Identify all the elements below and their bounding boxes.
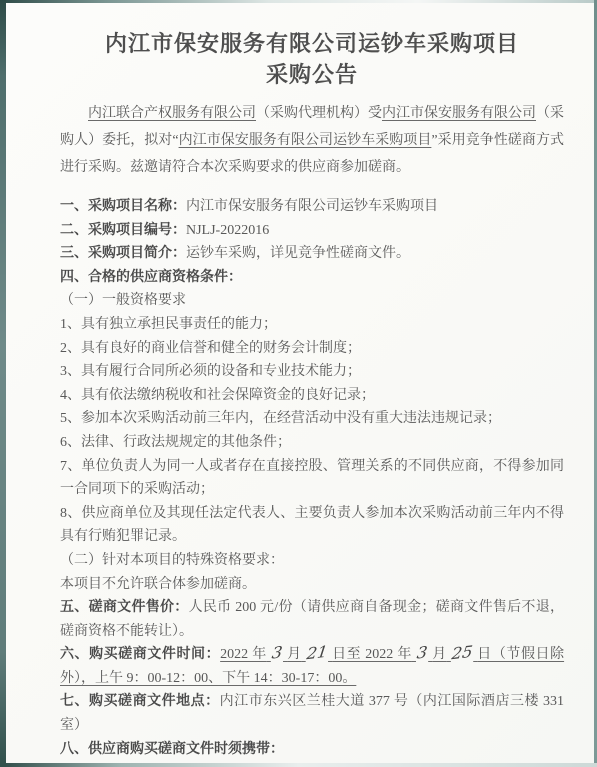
section-label: 八、供应商购买磋商文件时须携带： bbox=[60, 742, 284, 757]
section-value: 内江市保安服务有限公司运钞车采购项目 bbox=[186, 199, 438, 214]
requirement-item: 6、法律、行政法规规定的其他条件； bbox=[60, 431, 564, 455]
handwritten-day-end: 25 bbox=[450, 645, 475, 662]
section-value: NJLJ-2022016 bbox=[186, 223, 269, 238]
requirement-item: 8、供应商单位及其现任法定代表人、主要负责人参加本次采购活动前三年内不得具有行贿… bbox=[60, 502, 564, 549]
section-label: 六、购买磋商文件时间： bbox=[60, 647, 220, 662]
section-supplier-qualifications: 四、合格的供应商资格条件： bbox=[60, 266, 564, 290]
document-content: 内江市保安服务有限公司运钞车采购项目 采购公告 内江联合产权服务有限公司（采购代… bbox=[6, 3, 594, 761]
document-page: 内江市保安服务有限公司运钞车采购项目 采购公告 内江联合产权服务有限公司（采购代… bbox=[6, 3, 594, 763]
date-part: 月 bbox=[432, 647, 447, 662]
section-purchase-time: 六、购买磋商文件时间：2022 年 3 月 21 日至 2022 年 3 月 2… bbox=[60, 643, 564, 690]
purchase-hours: 上午 9：00-12：00、下午 14：30-17：00。 bbox=[95, 671, 356, 686]
section-bring-when-purchasing: 八、供应商购买磋商文件时须携带： bbox=[60, 738, 564, 762]
section-label: 一、采购项目名称： bbox=[60, 199, 186, 214]
scan-edge-bottom bbox=[0, 763, 597, 767]
section-project-number: 二、采购项目编号：NJLJ-2022016 bbox=[60, 219, 564, 243]
requirement-item: 2、具有良好的商业信誉和健全的财务会计制度； bbox=[60, 337, 564, 361]
project-name: 内江市保安服务有限公司运钞车采购项目 bbox=[179, 133, 432, 148]
date-part: 日至 2022 年 bbox=[332, 647, 412, 662]
date-part: 2022 年 bbox=[220, 647, 267, 662]
requirement-item: 1、具有独立承担民事责任的能力； bbox=[60, 313, 564, 337]
special-requirements-heading: （二）针对本项目的特殊资格要求： bbox=[60, 549, 564, 573]
requirement-item: 3、具有履行合同所必须的设备和专业技术能力； bbox=[60, 360, 564, 384]
date-part: 月 bbox=[287, 647, 302, 662]
handwritten-month-start: 3 bbox=[270, 646, 284, 661]
section-project-summary: 三、采购项目简介：运钞车采购，详见竞争性磋商文件。 bbox=[60, 242, 564, 266]
section-label: 七、购买磋商文件地点： bbox=[60, 694, 220, 709]
scan-edge-top bbox=[0, 0, 597, 3]
purchaser-name: 内江市保安服务有限公司 bbox=[382, 106, 536, 121]
special-requirements-text: 本项目不允许联合体参加磋商。 bbox=[60, 573, 564, 597]
handwritten-day-start: 21 bbox=[305, 645, 330, 662]
section-label: 三、采购项目简介： bbox=[60, 246, 186, 261]
requirement-item: 5、参加本次采购活动前三年内，在经营活动中没有重大违法违规记录； bbox=[60, 407, 564, 431]
intro-mid1: （采购代理机构）受 bbox=[256, 106, 382, 121]
scan-edge-left bbox=[0, 0, 6, 767]
title-line-1: 内江市保安服务有限公司运钞车采购项目 bbox=[60, 28, 564, 59]
section-purchase-location: 七、购买磋商文件地点：内江市东兴区兰桂大道 377 号（内江国际酒店三楼 331… bbox=[60, 690, 564, 737]
section-project-name: 一、采购项目名称：内江市保安服务有限公司运钞车采购项目 bbox=[60, 195, 564, 219]
requirement-item: 7、单位负责人为同一人或者存在直接控股、管理关系的不同供应商，不得参加同一合同项… bbox=[60, 455, 564, 502]
document-title: 内江市保安服务有限公司运钞车采购项目 采购公告 bbox=[60, 28, 564, 90]
section-label: 五、磋商文件售价： bbox=[60, 600, 189, 615]
agency-name: 内江联合产权服务有限公司 bbox=[88, 106, 256, 121]
screenshot-root: { "doc": { "title_line1": "内江市保安服务有限公司运钞… bbox=[0, 0, 597, 767]
section-label: 二、采购项目编号： bbox=[60, 223, 186, 238]
handwritten-month-end: 3 bbox=[415, 646, 429, 661]
intro-paragraph: 内江联合产权服务有限公司（采购代理机构）受内江市保安服务有限公司（采购人）委托，… bbox=[60, 100, 564, 181]
section-value: 运钞车采购，详见竞争性磋商文件。 bbox=[186, 246, 410, 261]
section-label: 四、合格的供应商资格条件： bbox=[60, 270, 242, 285]
section-document-price: 五、磋商文件售价：人民币 200 元/份（请供应商自备现金；磋商文件售后不退，磋… bbox=[60, 596, 564, 643]
general-requirements-heading: （一）一般资格要求 bbox=[60, 289, 564, 313]
requirement-item: 4、具有依法缴纳税收和社会保障资金的良好记录； bbox=[60, 384, 564, 408]
title-line-2: 采购公告 bbox=[60, 59, 564, 90]
